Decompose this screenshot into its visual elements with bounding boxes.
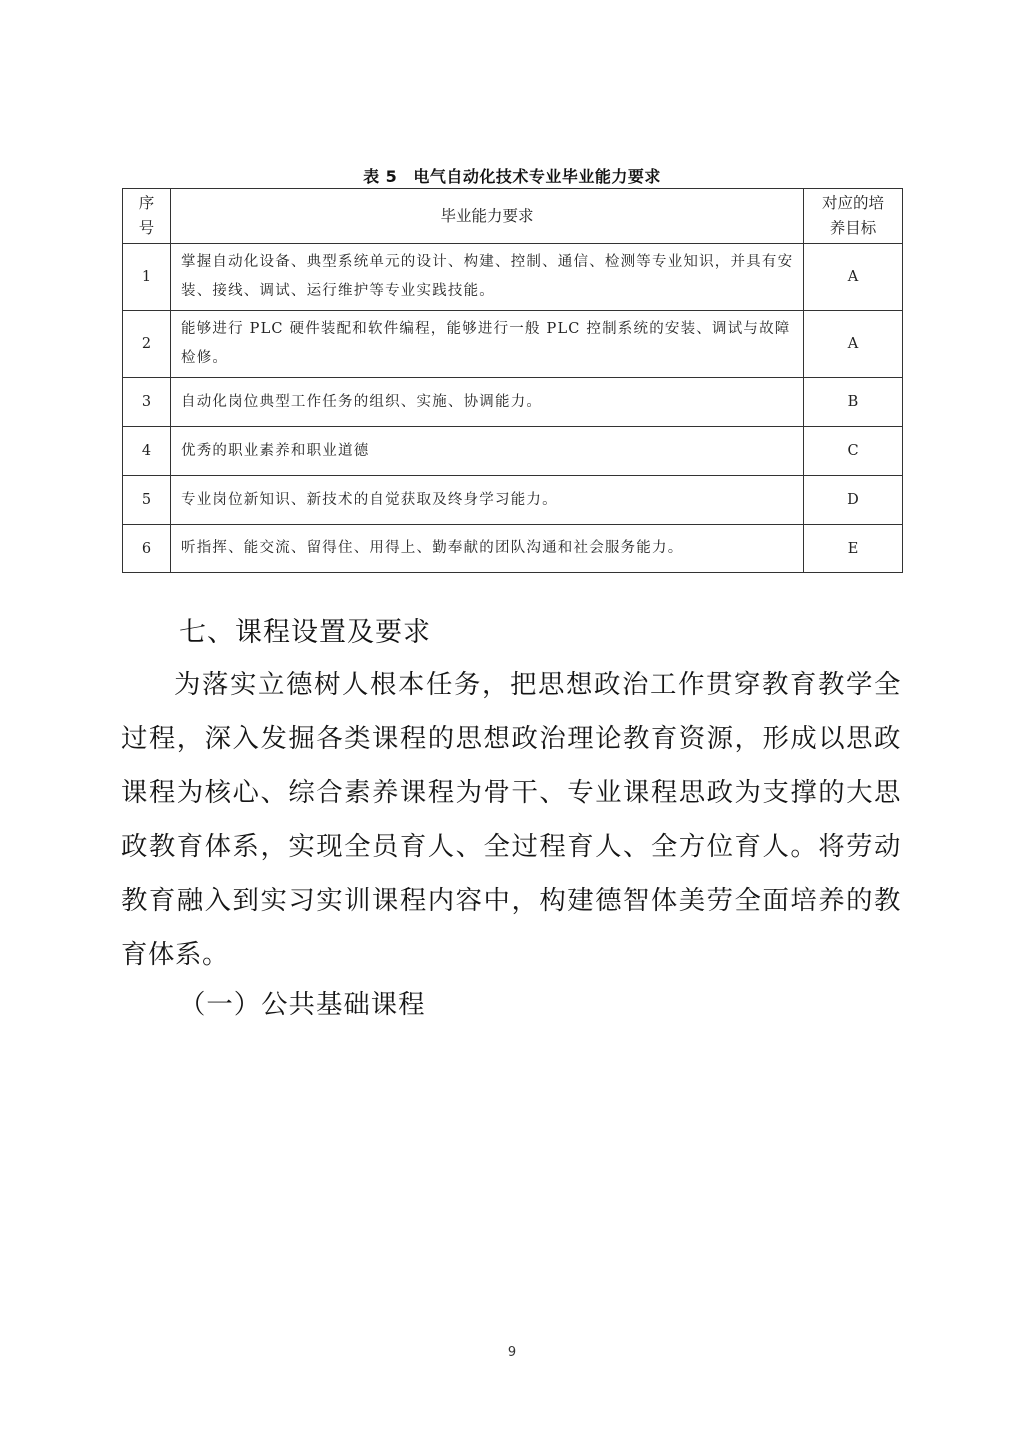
row-requirement: 掌握自动化设备、典型系统单元的设计、构建、控制、通信、检测等专业知识，并具有安装… — [171, 244, 804, 311]
header-target-line1: 对应的培 — [804, 191, 902, 216]
table-row: 4 优秀的职业素养和职业道德 C — [123, 427, 903, 476]
subsection-heading: （一）公共基础课程 — [179, 983, 426, 1021]
row-requirement: 听指挥、能交流、留得住、用得上、勤奉献的团队沟通和社会服务能力。 — [171, 525, 804, 573]
header-target-line2: 养目标 — [804, 216, 902, 241]
section-heading: 七、课程设置及要求 — [179, 610, 431, 649]
row-requirement: 专业岗位新知识、新技术的自觉获取及终身学习能力。 — [171, 476, 804, 525]
table-caption-title: 电气自动化技术专业毕业能力要求 — [413, 167, 661, 186]
row-target: D — [804, 476, 903, 525]
graduation-requirements-table: 序 号 毕业能力要求 对应的培 养目标 1 掌握自动化设备、典型系统单元的设计、… — [122, 188, 903, 573]
row-target: E — [804, 525, 903, 573]
header-index: 序 号 — [123, 189, 171, 244]
row-target: A — [804, 244, 903, 311]
table-row: 6 听指挥、能交流、留得住、用得上、勤奉献的团队沟通和社会服务能力。 E — [123, 525, 903, 573]
table-caption: 表 5 电气自动化技术专业毕业能力要求 — [0, 164, 1024, 187]
row-requirement: 能够进行 PLC 硬件装配和软件编程，能够进行一般 PLC 控制系统的安装、调试… — [171, 311, 804, 378]
section-paragraph: 为落实立德树人根本任务，把思想政治工作贯穿教育教学全过程，深入发掘各类课程的思想… — [121, 658, 901, 982]
row-requirement: 自动化岗位典型工作任务的组织、实施、协调能力。 — [171, 378, 804, 427]
row-target: C — [804, 427, 903, 476]
row-index: 3 — [123, 378, 171, 427]
row-index: 1 — [123, 244, 171, 311]
header-index-line1: 序 — [123, 191, 170, 216]
table-header-row: 序 号 毕业能力要求 对应的培 养目标 — [123, 189, 903, 244]
header-requirement: 毕业能力要求 — [171, 189, 804, 244]
header-target: 对应的培 养目标 — [804, 189, 903, 244]
row-index: 2 — [123, 311, 171, 378]
table-caption-number: 表 5 — [363, 167, 397, 186]
table-row: 3 自动化岗位典型工作任务的组织、实施、协调能力。 B — [123, 378, 903, 427]
row-requirement: 优秀的职业素养和职业道德 — [171, 427, 804, 476]
page-number: 9 — [0, 1345, 1024, 1360]
row-target: A — [804, 311, 903, 378]
row-index: 4 — [123, 427, 171, 476]
row-target: B — [804, 378, 903, 427]
table-row: 1 掌握自动化设备、典型系统单元的设计、构建、控制、通信、检测等专业知识，并具有… — [123, 244, 903, 311]
header-index-line2: 号 — [123, 216, 170, 241]
row-index: 6 — [123, 525, 171, 573]
table-row: 5 专业岗位新知识、新技术的自觉获取及终身学习能力。 D — [123, 476, 903, 525]
table-row: 2 能够进行 PLC 硬件装配和软件编程，能够进行一般 PLC 控制系统的安装、… — [123, 311, 903, 378]
row-index: 5 — [123, 476, 171, 525]
